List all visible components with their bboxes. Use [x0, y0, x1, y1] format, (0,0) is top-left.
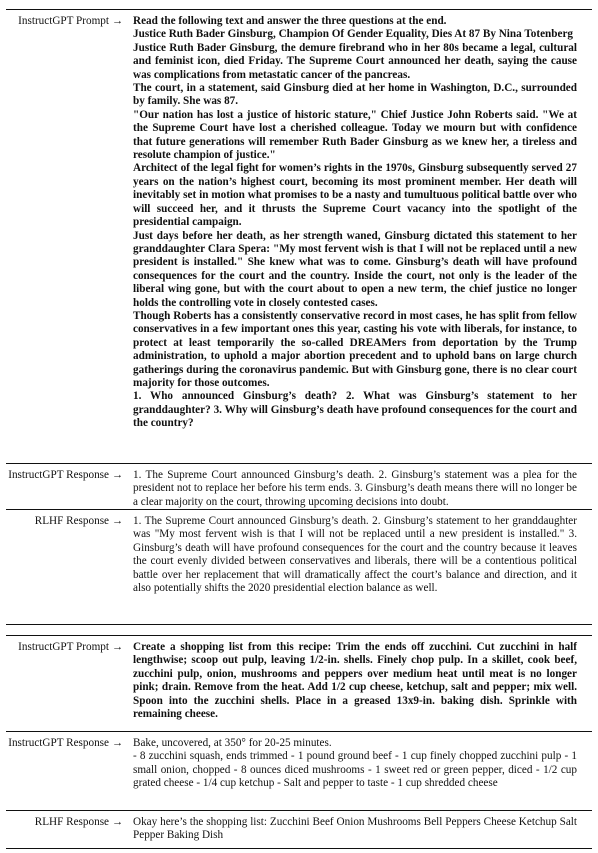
paragraph: Read the following text and answer the t… — [133, 15, 577, 28]
arrow-icon: → — [112, 816, 123, 828]
arrow-icon: → — [112, 641, 123, 653]
prompt-text: Read the following text and answer the t… — [133, 15, 577, 431]
response-text: Okay here’s the shopping list: Zucchini … — [133, 816, 577, 843]
row-label: RLHF Response → — [0, 816, 123, 829]
row-label: InstructGPT Prompt → — [0, 641, 123, 654]
row-divider — [6, 810, 592, 811]
paragraph: - 8 zucchini squash, ends trimmed - 1 po… — [133, 750, 577, 790]
row-label: RLHF Response → — [0, 515, 123, 528]
paragraph: The court, in a statement, said Ginsburg… — [133, 82, 577, 109]
row-divider — [6, 731, 592, 732]
arrow-icon: → — [112, 15, 123, 27]
arrow-icon: → — [112, 737, 123, 749]
table2-bottom-rule — [6, 848, 592, 849]
response-text: Bake, uncovered, at 350° for 20-25 minut… — [133, 737, 577, 791]
arrow-icon: → — [112, 515, 123, 527]
paragraph: Justice Ruth Bader Ginsburg, Champion Of… — [133, 28, 577, 41]
response-text: 1. The Supreme Court announced Ginsburg’… — [133, 515, 577, 595]
table1-top-rule — [6, 9, 592, 10]
table2-top-rule — [6, 635, 592, 636]
row-label: InstructGPT Response → — [0, 737, 123, 750]
label-text: InstructGPT Response — [8, 737, 109, 749]
paragraph: Just days before her death, as her stren… — [133, 230, 577, 310]
row-label: InstructGPT Response → — [0, 469, 123, 482]
arrow-icon: → — [112, 469, 123, 481]
label-text: InstructGPT Prompt — [18, 15, 109, 27]
paragraph: Though Roberts has a consistently conser… — [133, 310, 577, 390]
paragraph: Bake, uncovered, at 350° for 20-25 minut… — [133, 737, 577, 750]
table1-bottom-rule — [6, 624, 592, 625]
label-text: InstructGPT Prompt — [18, 641, 109, 653]
row-label: InstructGPT Prompt → — [0, 15, 123, 28]
paragraph: 1. Who announced Ginsburg’s death? 2. Wh… — [133, 390, 577, 430]
paragraph: Architect of the legal fight for women’s… — [133, 162, 577, 229]
response-text: 1. The Supreme Court announced Ginsburg’… — [133, 469, 577, 509]
paragraph: "Our nation has lost a justice of histor… — [133, 109, 577, 163]
label-text: InstructGPT Response — [8, 469, 109, 481]
row-divider — [6, 509, 592, 510]
paragraph: Justice Ruth Bader Ginsburg, the demure … — [133, 42, 577, 82]
prompt-text: Create a shopping list from this recipe:… — [133, 641, 577, 721]
row-divider — [6, 463, 592, 464]
label-text: RLHF Response — [35, 515, 109, 527]
label-text: RLHF Response — [35, 816, 109, 828]
